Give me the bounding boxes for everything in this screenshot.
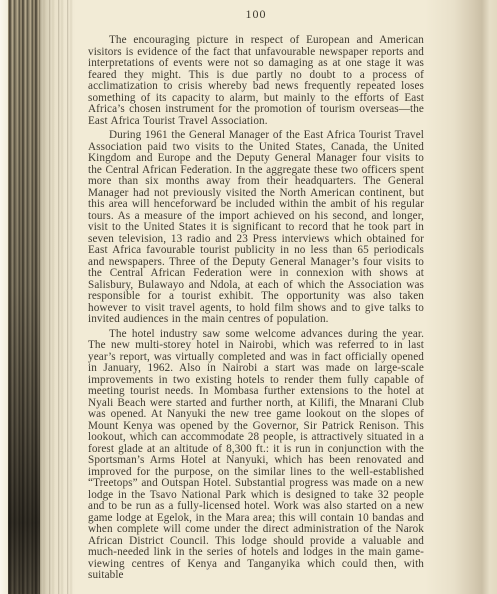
scanned-book-page: 100 The encouraging picture in respect o…: [0, 0, 497, 594]
page-curl-shadow: [425, 0, 497, 594]
page-text-block: The encouraging picture in respect of Eu…: [88, 35, 424, 582]
page-number: 100: [88, 7, 424, 22]
binding-page-edges: [40, 0, 76, 594]
paragraph-tourism-picture: The encouraging picture in respect of Eu…: [88, 35, 424, 127]
paragraph-hotel-industry: The hotel industry saw some welcome adva…: [88, 329, 424, 582]
paragraph-manager-visits: During 1961 the General Manager of the E…: [88, 130, 424, 326]
book-binding-edge: [8, 0, 40, 594]
